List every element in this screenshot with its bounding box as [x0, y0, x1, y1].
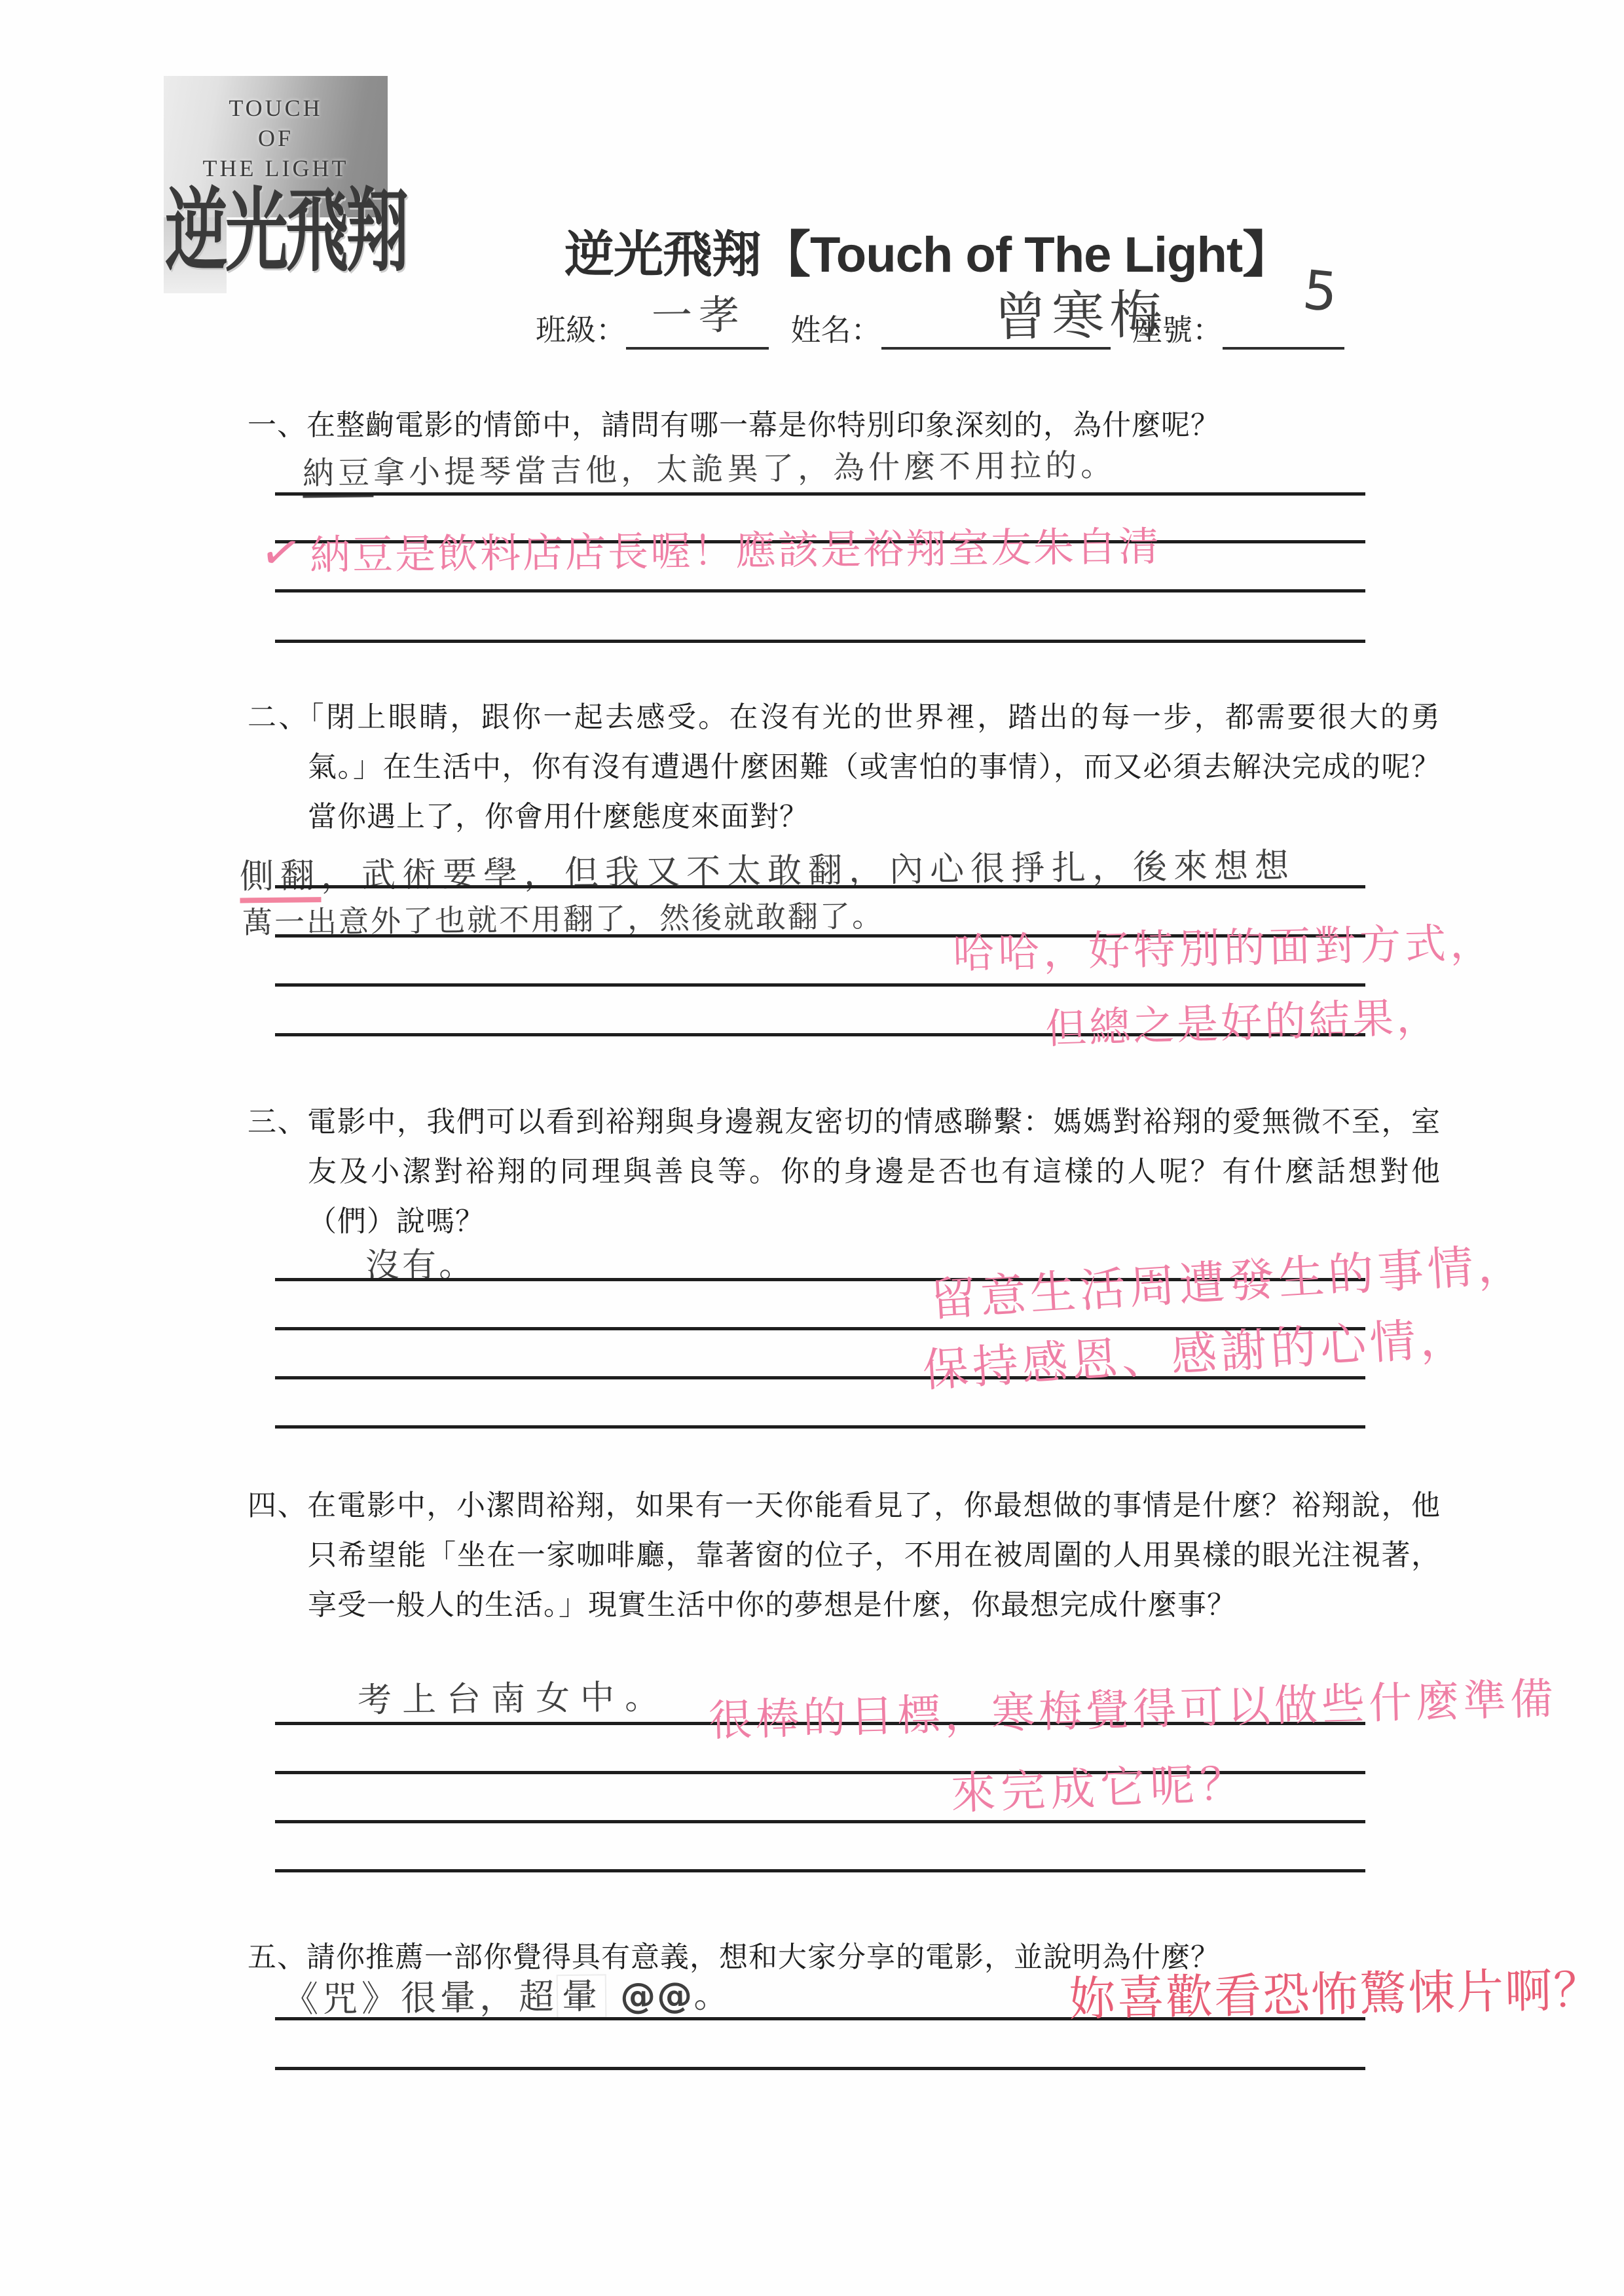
seat-value-handwriting: 5 [1300, 259, 1340, 325]
answer-line [275, 492, 1365, 496]
question-2-student-answer-line1: 側翻，武術要學，但我又不太敢翻，內心很掙扎，後來想想 [240, 838, 1296, 898]
question-4-teacher-comment-line1: 很棒的目標，寒梅覺得可以做些什麼準備 [708, 1664, 1558, 1748]
question-2-teacher-comment-line1: 哈哈，好特別的面對方式， [952, 909, 1496, 980]
answer-line [275, 1820, 1365, 1823]
teacher-comment-text: 納豆是飲料店店長喔！應該是裕翔室友朱自清 [310, 522, 1162, 579]
logo-english-line3: THE LIGHT [164, 153, 388, 183]
student-underlined-word: 納豆 [303, 454, 374, 498]
movie-logo-english-title: TOUCH OF THE LIGHT [164, 93, 388, 183]
answer-line [275, 640, 1365, 643]
worksheet-page: TOUCH OF THE LIGHT 逆光飛翔 逆光飛翔【Touch of Th… [0, 0, 1624, 2296]
page-title: 逆光飛翔【Touch of The Light】 [564, 215, 1291, 286]
question-3-number: 三、 [248, 1106, 307, 1138]
question-4-teacher-comment-line2: 來完成它呢？ [950, 1748, 1250, 1822]
question-4: 四、在電影中，小潔問裕翔，如果有一天你能看見了，你最想做的事情是什麼？裕翔說，他… [248, 1481, 1441, 1630]
question-2-teacher-comment-line2: 但總之是好的結果， [1044, 984, 1441, 1056]
question-2-text: 「閉上眼睛，跟你一起去感受。在沒有光的世界裡，踏出的每一步，都需要很大的勇氣。」… [308, 701, 1441, 833]
answer-line [275, 1425, 1365, 1429]
question-3-text: 電影中，我們可以看到裕翔與身邊親友密切的情感聯繫：媽媽對裕翔的愛無微不至，室友及… [307, 1106, 1441, 1237]
question-5-number: 五、 [248, 1941, 306, 1973]
answer-line [275, 983, 1365, 987]
logo-english-line1: TOUCH [164, 93, 388, 123]
name-label: 姓名： [791, 306, 881, 350]
logo-english-line2: OF [164, 123, 388, 153]
movie-logo-chinese-title: 逆光飛翔 [165, 187, 406, 278]
teacher-check-icon: ✓ [255, 521, 308, 585]
question-5-student-answer: 《咒》很暈，超暈 @@。 [283, 1967, 733, 2022]
student-answer-rest: 拿小提琴當吉他，太詭異了，為什麼不用拉的。 [373, 446, 1116, 491]
question-4-text: 在電影中，小潔問裕翔，如果有一天你能看見了，你最想做的事情是什麼？裕翔說，他只希… [307, 1489, 1441, 1621]
name-value-handwriting: 曾寒梅 [993, 272, 1168, 351]
answer-line [275, 2067, 1365, 2070]
answer-line [275, 885, 1365, 888]
class-label: 班級： [536, 306, 626, 350]
question-1-text: 在整齣電影的情節中，請問有哪一幕是你特別印象深刻的，為什麼呢？ [306, 409, 1220, 441]
class-value-handwriting: 一孝 [652, 282, 747, 342]
teacher-pink-underlined-word: 側翻 [240, 856, 322, 903]
answer-line [275, 589, 1365, 592]
question-1-student-answer: 納豆拿小提琴當吉他，太詭異了，為什麼不用拉的。 [303, 439, 1116, 493]
student-answer-period: 。 [693, 1974, 733, 2016]
question-1-teacher-comment: ✓納豆是飲料店店長喔！應該是裕翔室友朱自清 [261, 514, 1162, 581]
question-2: 二、「閉上眼睛，跟你一起去感受。在沒有光的世界裡，踏出的每一步，都需要很大的勇氣… [248, 693, 1441, 842]
answer-line [275, 1869, 1365, 1872]
correction-tape: 暈 [558, 1975, 606, 2017]
student-answer-text: 《咒》很暈，超 [283, 1976, 559, 2020]
dizzy-eyes-doodle: @@ [620, 1975, 694, 2016]
question-3: 三、電影中，我們可以看到裕翔與身邊親友密切的情感聯繫：媽媽對裕翔的愛無微不至，室… [248, 1097, 1441, 1247]
question-2-number: 二、 [248, 701, 310, 733]
question-1-number: 一、 [248, 409, 306, 441]
question-4-number: 四、 [248, 1489, 307, 1522]
question-5-teacher-comment: 妳喜歡看恐怖驚悚片啊？ [1068, 1952, 1602, 2029]
question-4-student-answer: 考上台南女中。 [358, 1669, 670, 1722]
